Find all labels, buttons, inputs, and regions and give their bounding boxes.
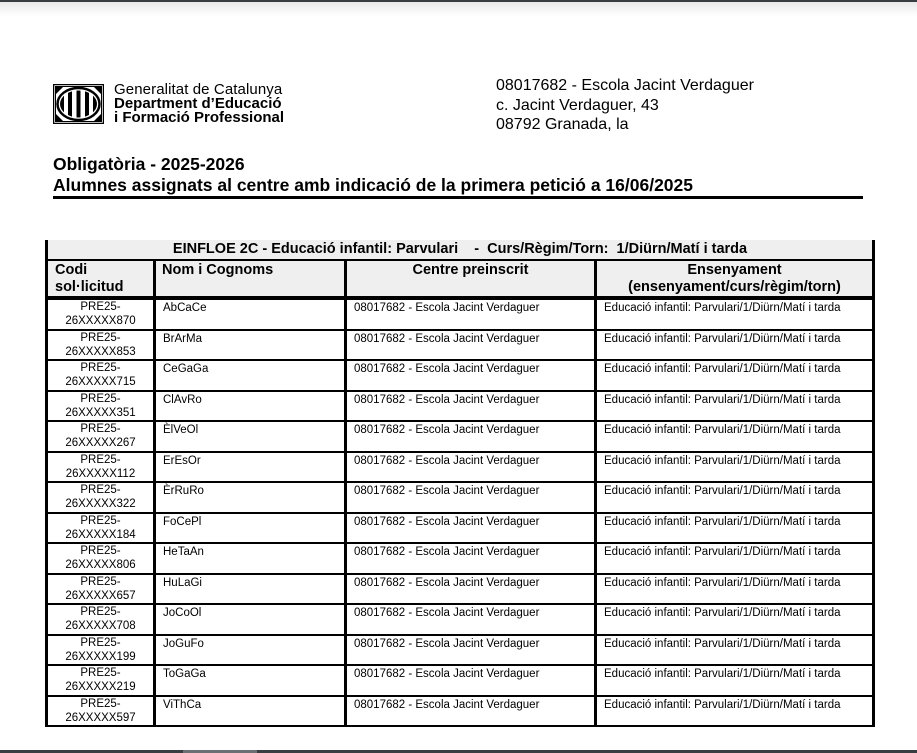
generalitat-logo: Generalitat de Catalunya Department d’Ed… xyxy=(53,83,353,127)
table-row: PRE25-26XXXXX715CeGaGa08017682 - Escola … xyxy=(47,360,874,391)
cell-student-name: BrArMa xyxy=(155,330,346,361)
cell-ensenyament: Educació infantil: Parvulari/1/Diürn/Mat… xyxy=(596,696,874,727)
cell-centre: 08017682 - Escola Jacint Verdaguer xyxy=(346,421,596,452)
logo-line-3: i Formació Professional xyxy=(114,111,284,125)
table-body: PRE25-26XXXXX870AbCaCe08017682 - Escola … xyxy=(47,298,874,726)
document-subtitle: Alumnes assignats al centre amb indicaci… xyxy=(53,175,863,196)
cell-centre: 08017682 - Escola Jacint Verdaguer xyxy=(346,360,596,391)
cell-centre: 08017682 - Escola Jacint Verdaguer xyxy=(346,482,596,513)
table-row: PRE25-26XXXXX184FoCePl08017682 - Escola … xyxy=(47,513,874,544)
cell-ensenyament: Educació infantil: Parvulari/1/Diürn/Mat… xyxy=(596,391,874,422)
cell-request-code: PRE25-26XXXXX112 xyxy=(47,452,155,483)
column-header-name: Nom i Cognoms xyxy=(155,260,346,298)
cell-ensenyament: Educació infantil: Parvulari/1/Diürn/Mat… xyxy=(596,513,874,544)
cell-student-name: FoCePl xyxy=(155,513,346,544)
cell-student-name: HuLaGi xyxy=(155,574,346,605)
cell-student-name: JoGuFo xyxy=(155,635,346,666)
table-row: PRE25-26XXXXX806HeTaAn08017682 - Escola … xyxy=(47,543,874,574)
table-row: PRE25-26XXXXX219ToGaGa08017682 - Escola … xyxy=(47,665,874,696)
school-address: 08017682 - Escola Jacint Verdaguer c. Ja… xyxy=(496,76,754,135)
cell-centre: 08017682 - Escola Jacint Verdaguer xyxy=(346,513,596,544)
cell-student-name: ÈlVeOl xyxy=(155,421,346,452)
table-row: PRE25-26XXXXX708JoCoOl08017682 - Escola … xyxy=(47,604,874,635)
table-row: PRE25-26XXXXX597ViThCa08017682 - Escola … xyxy=(47,696,874,727)
table-row: PRE25-26XXXXX322ÈrRuRo08017682 - Escola … xyxy=(47,482,874,513)
table-row: PRE25-26XXXXX267ÈlVeOl08017682 - Escola … xyxy=(47,421,874,452)
cell-student-name: ClAvRo xyxy=(155,391,346,422)
address-line-2: c. Jacint Verdaguer, 43 xyxy=(496,96,754,116)
cell-student-name: ÈrRuRo xyxy=(155,482,346,513)
cell-centre: 08017682 - Escola Jacint Verdaguer xyxy=(346,696,596,727)
cell-centre: 08017682 - Escola Jacint Verdaguer xyxy=(346,665,596,696)
viewer-top-shadow xyxy=(0,2,917,16)
cell-student-name: CeGaGa xyxy=(155,360,346,391)
column-header-code: Codi sol·licitud xyxy=(47,260,155,298)
cell-student-name: ToGaGa xyxy=(155,665,346,696)
cell-ensenyament: Educació infantil: Parvulari/1/Diürn/Mat… xyxy=(596,543,874,574)
cell-request-code: PRE25-26XXXXX853 xyxy=(47,330,155,361)
address-line-1: 08017682 - Escola Jacint Verdaguer xyxy=(496,76,754,96)
cell-ensenyament: Educació infantil: Parvulari/1/Diürn/Mat… xyxy=(596,635,874,666)
table-row: PRE25-26XXXXX199JoGuFo08017682 - Escola … xyxy=(47,635,874,666)
cell-request-code: PRE25-26XXXXX351 xyxy=(47,391,155,422)
cell-ensenyament: Educació infantil: Parvulari/1/Diürn/Mat… xyxy=(596,330,874,361)
table-row: PRE25-26XXXXX853BrArMa08017682 - Escola … xyxy=(47,330,874,361)
cell-request-code: PRE25-26XXXXX708 xyxy=(47,604,155,635)
cell-centre: 08017682 - Escola Jacint Verdaguer xyxy=(346,298,596,330)
cell-request-code: PRE25-26XXXXX219 xyxy=(47,665,155,696)
table-row: PRE25-26XXXXX657HuLaGi08017682 - Escola … xyxy=(47,574,874,605)
cell-centre: 08017682 - Escola Jacint Verdaguer xyxy=(346,574,596,605)
table-row: PRE25-26XXXXX351ClAvRo08017682 - Escola … xyxy=(47,391,874,422)
table-row: PRE25-26XXXXX870AbCaCe08017682 - Escola … xyxy=(47,298,874,330)
column-header-centre: Centre preinscrit xyxy=(346,260,596,298)
cell-centre: 08017682 - Escola Jacint Verdaguer xyxy=(346,635,596,666)
cell-request-code: PRE25-26XXXXX199 xyxy=(47,635,155,666)
address-line-3: 08792 Granada, la xyxy=(496,115,754,135)
document-title: Obligatòria - 2025-2026 xyxy=(53,154,863,175)
cell-request-code: PRE25-26XXXXX184 xyxy=(47,513,155,544)
cell-student-name: ErEsOr xyxy=(155,452,346,483)
column-header-ensenyament: Ensenyament (ensenyament/curs/règim/torn… xyxy=(596,260,874,298)
cell-request-code: PRE25-26XXXXX870 xyxy=(47,298,155,330)
cell-ensenyament: Educació infantil: Parvulari/1/Diürn/Mat… xyxy=(596,298,874,330)
cell-centre: 08017682 - Escola Jacint Verdaguer xyxy=(346,452,596,483)
cell-centre: 08017682 - Escola Jacint Verdaguer xyxy=(346,604,596,635)
cell-ensenyament: Educació infantil: Parvulari/1/Diürn/Mat… xyxy=(596,452,874,483)
cell-centre: 08017682 - Escola Jacint Verdaguer xyxy=(346,391,596,422)
cell-request-code: PRE25-26XXXXX267 xyxy=(47,421,155,452)
table-row: PRE25-26XXXXX112ErEsOr08017682 - Escola … xyxy=(47,452,874,483)
document-titles: Obligatòria - 2025-2026 Alumnes assignat… xyxy=(53,154,863,199)
cell-request-code: PRE25-26XXXXX715 xyxy=(47,360,155,391)
cell-ensenyament: Educació infantil: Parvulari/1/Diürn/Mat… xyxy=(596,421,874,452)
cell-ensenyament: Educació infantil: Parvulari/1/Diürn/Mat… xyxy=(596,665,874,696)
cell-request-code: PRE25-26XXXXX806 xyxy=(47,543,155,574)
cell-student-name: ViThCa xyxy=(155,696,346,727)
generalitat-crest-icon xyxy=(53,84,104,124)
assigned-students-table: EINFLOE 2C - Educació infantil: Parvular… xyxy=(45,240,875,727)
cell-request-code: PRE25-26XXXXX657 xyxy=(47,574,155,605)
table-group-header-row: EINFLOE 2C - Educació infantil: Parvular… xyxy=(47,240,874,260)
cell-ensenyament: Educació infantil: Parvulari/1/Diürn/Mat… xyxy=(596,482,874,513)
cell-request-code: PRE25-26XXXXX597 xyxy=(47,696,155,727)
title-underline xyxy=(53,196,863,199)
cell-ensenyament: Educació infantil: Parvulari/1/Diürn/Mat… xyxy=(596,574,874,605)
cell-ensenyament: Educació infantil: Parvulari/1/Diürn/Mat… xyxy=(596,604,874,635)
cell-student-name: AbCaCe xyxy=(155,298,346,330)
table-header-row: Codi sol·licitud Nom i Cognoms Centre pr… xyxy=(47,260,874,298)
cell-student-name: HeTaAn xyxy=(155,543,346,574)
cell-centre: 08017682 - Escola Jacint Verdaguer xyxy=(346,330,596,361)
cell-student-name: JoCoOl xyxy=(155,604,346,635)
cell-request-code: PRE25-26XXXXX322 xyxy=(47,482,155,513)
group-header: EINFLOE 2C - Educació infantil: Parvular… xyxy=(47,240,874,260)
cell-ensenyament: Educació infantil: Parvulari/1/Diürn/Mat… xyxy=(596,360,874,391)
cell-centre: 08017682 - Escola Jacint Verdaguer xyxy=(346,543,596,574)
